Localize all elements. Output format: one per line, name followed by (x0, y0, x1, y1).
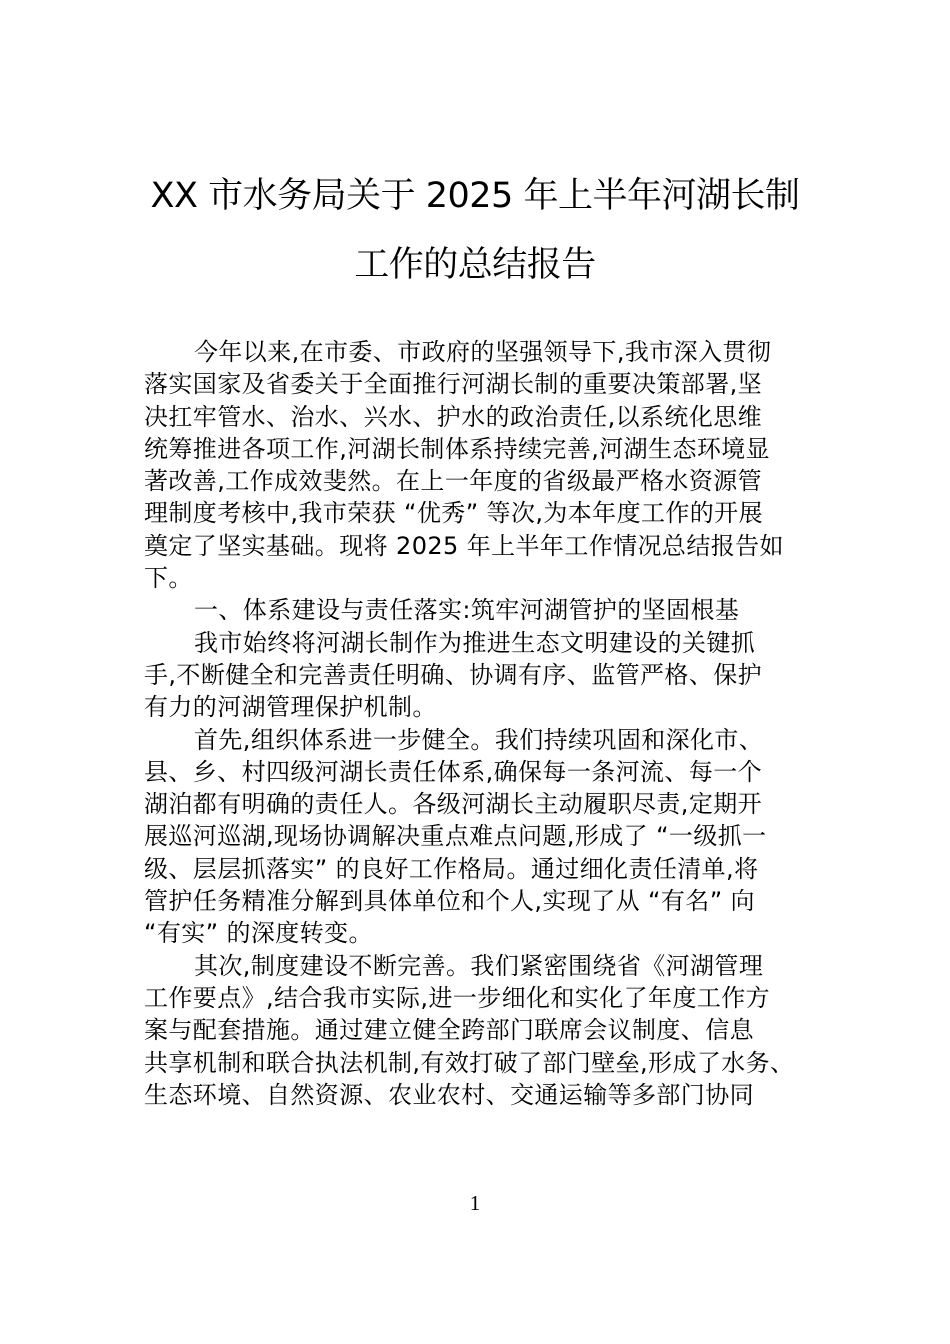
organization-paragraph-line: 首先,组织体系进一步健全。我们持续巩固和深化市、 (144, 724, 808, 756)
intro-paragraph-line: 下。 (144, 562, 808, 594)
intro-paragraph-line: 决扛牢管水、治水、兴水、护水的政治责任,以系统化思维 (144, 401, 808, 433)
intro-paragraph-line: 统筹推进各项工作,河湖长制体系持续完善,河湖生态环境显 (144, 433, 808, 465)
institution-paragraph-line: 工作要点》,结合我市实际,进一步细化和实化了年度工作方 (144, 982, 808, 1014)
intro-paragraph-line: 著改善,工作成效斐然。在上一年度的省级最严格水资源管 (144, 465, 808, 497)
document-body: 今年以来,在市委、市政府的坚强领导下,我市深入贯彻 落实国家及省委关于全面推行河… (144, 336, 808, 1111)
intro-paragraph-line: 落实国家及省委关于全面推行河湖长制的重要决策部署,坚 (144, 368, 808, 400)
section-1-paragraph-line: 手,不断健全和完善责任明确、协调有序、监管严格、保护 (144, 659, 808, 691)
intro-paragraph-line: 奠定了坚实基础。现将 2025 年上半年工作情况总结报告如 (144, 530, 808, 562)
document-title-line-1: XX 市水务局关于 2025 年上半年河湖长制 (120, 174, 830, 218)
institution-paragraph-line: 案与配套措施。通过建立健全跨部门联席会议制度、信息 (144, 1014, 808, 1046)
organization-paragraph-line: 湖泊都有明确的责任人。各级河湖长主动履职尽责,定期开 (144, 788, 808, 820)
page-number: 1 (0, 1190, 950, 1216)
intro-paragraph-line: 理制度考核中,我市荣获 “优秀” 等次,为本年度工作的开展 (144, 497, 808, 529)
document-page: XX 市水务局关于 2025 年上半年河湖长制 工作的总结报告 今年以来,在市委… (0, 0, 950, 1344)
organization-paragraph-line: “有实” 的深度转变。 (144, 917, 808, 949)
organization-paragraph-line: 县、乡、村四级河湖长责任体系,确保每一条河流、每一个 (144, 756, 808, 788)
document-title-line-2: 工作的总结报告 (120, 243, 830, 287)
section-heading-1: 一、体系建设与责任落实:筑牢河湖管护的坚固根基 (144, 594, 808, 626)
institution-paragraph-line: 其次,制度建设不断完善。我们紧密围绕省《河湖管理 (144, 950, 808, 982)
intro-paragraph-line: 今年以来,在市委、市政府的坚强领导下,我市深入贯彻 (144, 336, 808, 368)
organization-paragraph-line: 展巡河巡湖,现场协调解决重点难点问题,形成了 “一级抓一 (144, 820, 808, 852)
institution-paragraph-line: 生态环境、自然资源、农业农村、交通运输等多部门协同 (144, 1079, 808, 1111)
organization-paragraph-line: 级、层层抓落实” 的良好工作格局。通过细化责任清单,将 (144, 853, 808, 885)
section-1-paragraph-line: 我市始终将河湖长制作为推进生态文明建设的关键抓 (144, 627, 808, 659)
institution-paragraph-line: 共享机制和联合执法机制,有效打破了部门壁垒,形成了水务、 (144, 1047, 808, 1079)
section-1-paragraph-line: 有力的河湖管理保护机制。 (144, 691, 808, 723)
organization-paragraph-line: 管护任务精准分解到具体单位和个人,实现了从 “有名” 向 (144, 885, 808, 917)
